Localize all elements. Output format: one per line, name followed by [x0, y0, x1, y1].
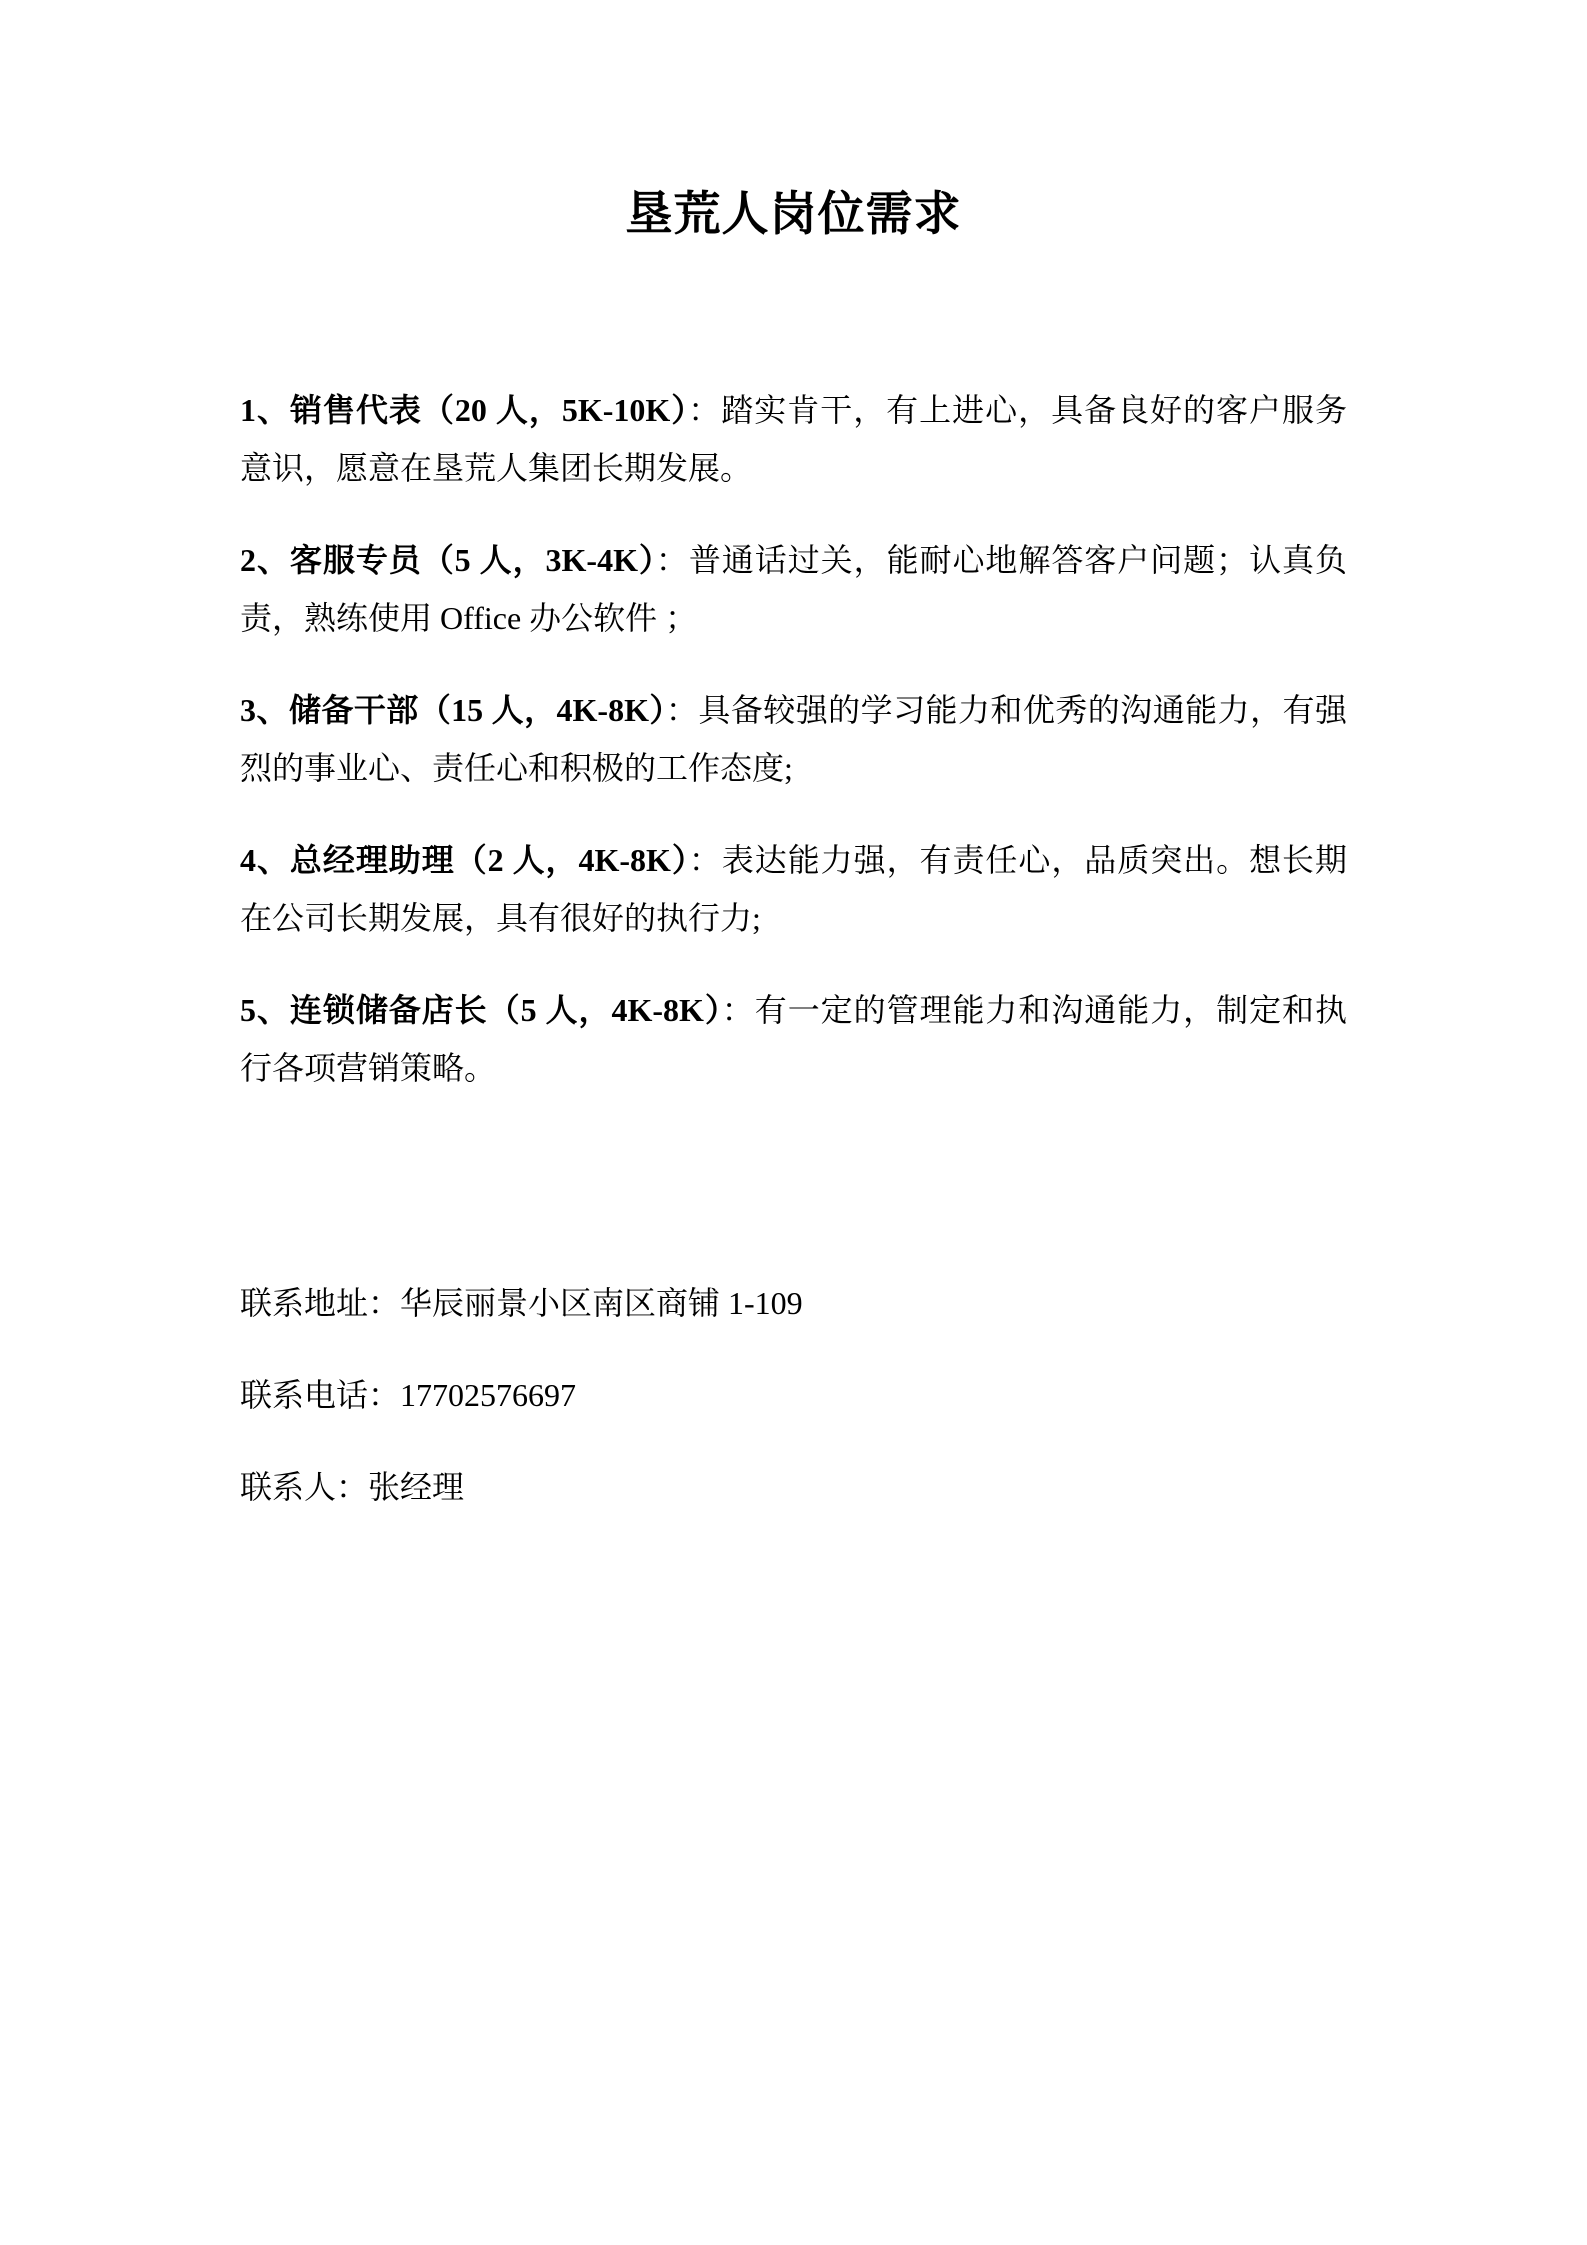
contact-person: 联系人：张经理 [240, 1458, 1347, 1516]
job-heading: 4、总经理助理（2 人，4K-8K） [240, 842, 689, 878]
document-content: 垦荒人岗位需求 1、销售代表（20 人，5K-10K）：踏实肯干，有上进心，具备… [0, 0, 1587, 1516]
job-heading: 2、客服专员（5 人，3K-4K） [240, 542, 656, 578]
job-heading: 1、销售代表（20 人，5K-10K） [240, 392, 688, 428]
page-title: 垦荒人岗位需求 [240, 186, 1347, 244]
job-heading: 3、储备干部（15 人，4K-8K） [240, 692, 666, 728]
job-item-sales-rep: 1、销售代表（20 人，5K-10K）：踏实肯干，有上进心，具备良好的客户服务意… [240, 381, 1347, 497]
contact-phone: 联系电话：17702576697 [240, 1366, 1347, 1424]
job-item-gm-assistant: 4、总经理助理（2 人，4K-8K）：表达能力强，有责任心，品质突出。想长期在公… [240, 831, 1347, 947]
document-page: 垦荒人岗位需求 1、销售代表（20 人，5K-10K）：踏实肯干，有上进心，具备… [0, 0, 1587, 2245]
job-item-customer-service: 2、客服专员（5 人，3K-4K）：普通话过关，能耐心地解答客户问题；认真负责，… [240, 531, 1347, 647]
contact-block: 联系地址：华辰丽景小区南区商铺 1-109 联系电话：17702576697 联… [240, 1274, 1347, 1516]
contact-address: 联系地址：华辰丽景小区南区商铺 1-109 [240, 1274, 1347, 1332]
job-heading: 5、连锁储备店长（5 人，4K-8K） [240, 992, 722, 1028]
job-item-reserve-store-manager: 5、连锁储备店长（5 人，4K-8K）：有一定的管理能力和沟通能力，制定和执行各… [240, 981, 1347, 1097]
job-item-reserve-cadre: 3、储备干部（15 人，4K-8K）：具备较强的学习能力和优秀的沟通能力，有强烈… [240, 681, 1347, 797]
